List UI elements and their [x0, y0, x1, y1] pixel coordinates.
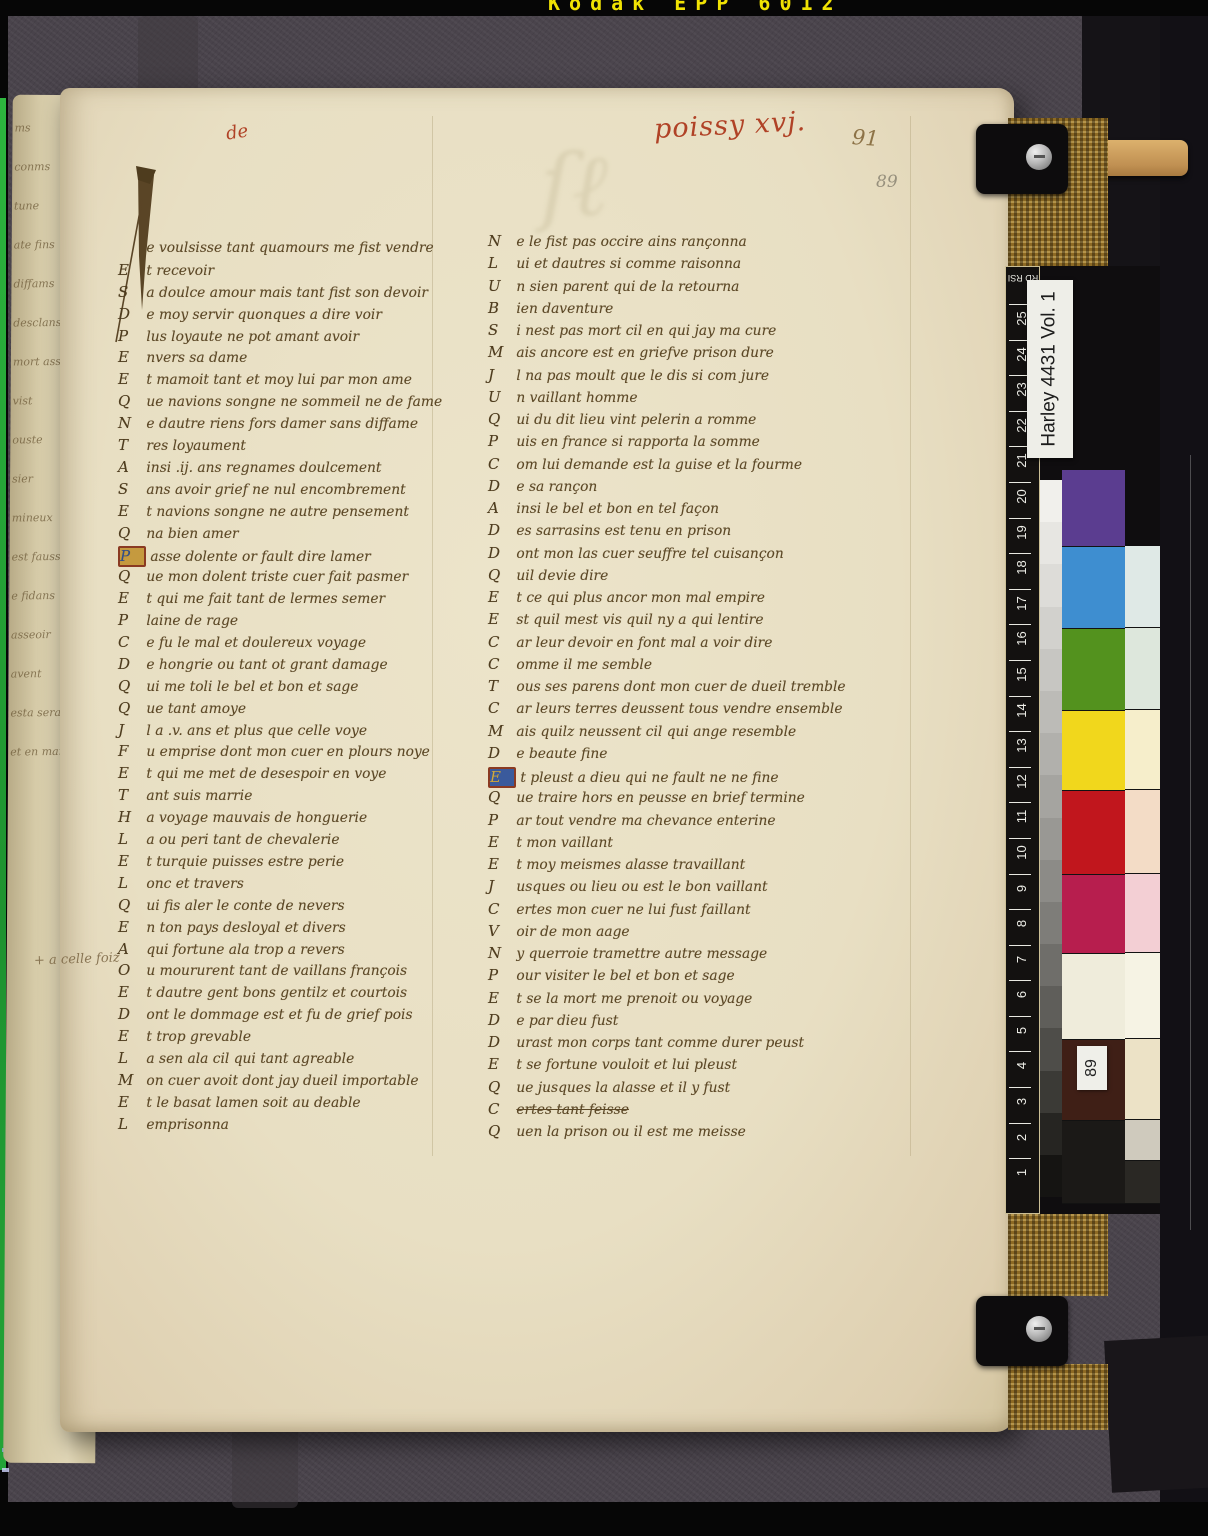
- ruler-number-cell: 12: [1005, 767, 1038, 803]
- verse-line: e voulsisse tant quamours me fist vendre: [118, 240, 442, 262]
- verse-line: J usques ou lieu ou est le bon vaillant: [488, 878, 846, 900]
- line-initial: E: [118, 503, 142, 520]
- line-initial: L: [118, 831, 142, 848]
- grey-step: [1040, 1155, 1062, 1197]
- line-initial: D: [488, 1012, 512, 1029]
- line-initial: Q: [488, 789, 512, 806]
- line-text: onc et travers: [146, 876, 243, 892]
- verse-line: P asse dolente or fault dire lamer: [118, 546, 442, 568]
- line-initial: D: [118, 656, 142, 673]
- grey-step: [1040, 733, 1062, 775]
- verse-line: A qui fortune ala trop a revers: [118, 941, 442, 963]
- line-text: uis en france si rapporta la somme: [516, 434, 759, 450]
- verse-line: S a doulce amour mais tant fist son devo…: [118, 284, 442, 306]
- line-text: t se fortune vouloit et lui pleust: [516, 1057, 737, 1073]
- ruler-number-cell: 16: [1005, 624, 1038, 660]
- grey-step: [1040, 691, 1062, 733]
- line-text: t pleust a dieu qui ne fault ne ne fine: [520, 770, 778, 786]
- folio-tag-sticker: 89: [1077, 1046, 1107, 1090]
- verse-line: D e sa rançon: [488, 478, 846, 500]
- verse-line: E t ce qui plus ancor mon mal empire: [488, 589, 846, 611]
- ruler-number-cell: 6: [1005, 980, 1038, 1016]
- verse-line: E t qui me fait tant de lermes semer: [118, 590, 442, 612]
- verse-line: P ar tout vendre ma chevance enterine: [488, 812, 846, 834]
- verse-line: N e le fist pas occire ains rançonna: [488, 233, 846, 255]
- gold-tooled-edge-bottom: [1008, 1364, 1108, 1430]
- line-text: y querroie tramettre autre message: [516, 946, 767, 962]
- line-initial: E: [488, 856, 512, 873]
- verse-line: T ant suis marrie: [118, 787, 442, 809]
- line-initial: U: [488, 389, 512, 406]
- line-text: ue mon dolent triste cuer fait pasmer: [146, 569, 408, 585]
- verse-line: P uis en france si rapporta la somme: [488, 433, 846, 455]
- ruler-number-cell: 11: [1005, 802, 1038, 838]
- line-initial: E: [488, 589, 512, 606]
- ruler-number: 11: [1014, 800, 1029, 833]
- line-text: ar tout vendre ma chevance enterine: [516, 813, 775, 829]
- line-initial: D: [488, 1034, 512, 1051]
- line-text: a sen ala cil qui tant agreable: [146, 1051, 354, 1067]
- verse-line: L a sen ala cil qui tant agreable: [118, 1050, 442, 1072]
- grey-step: [1040, 775, 1062, 817]
- color-patch: [1062, 629, 1125, 711]
- line-text: res loyaument: [146, 438, 246, 454]
- line-initial: Q: [488, 567, 512, 584]
- line-initial: P: [488, 433, 512, 450]
- line-text: qui fortune ala trop a revers: [146, 942, 344, 958]
- clamp-screw-slot: [1034, 1327, 1045, 1330]
- pastel-patch: [1125, 1161, 1160, 1204]
- line-initial: E: [488, 767, 516, 788]
- verse-line: C ertes tant feisse: [488, 1101, 846, 1123]
- line-initial: E: [118, 349, 142, 366]
- line-initial: Q: [488, 1079, 512, 1096]
- line-text: ais quilz neussent cil qui ange resemble: [516, 724, 796, 740]
- line-initial: E: [118, 590, 142, 607]
- ruler-number: 4: [1014, 1049, 1029, 1082]
- line-initial: S: [118, 284, 142, 301]
- film-edge-label: Kodak EPP 6012: [548, 0, 843, 15]
- ruler-number: 7: [1014, 943, 1029, 976]
- line-initial: N: [488, 233, 512, 250]
- grey-step: [1040, 986, 1062, 1028]
- greyscale-strip: [1040, 480, 1062, 1197]
- verse-line: E t navions songne ne autre pensement: [118, 503, 442, 525]
- verse-line: Q ue navions songne ne sommeil ne de fam…: [118, 393, 442, 415]
- film-scratch-line: [1190, 455, 1191, 1230]
- text-column-right: N e le fist pas occire ains rançonna L u…: [488, 233, 846, 1145]
- verse-line: C omme il me semble: [488, 656, 846, 678]
- verse-line: E t recevoir: [118, 262, 442, 284]
- line-initial: M: [118, 1072, 142, 1089]
- running-header-rubric: poissy xvj.: [653, 106, 807, 145]
- line-initial: M: [488, 723, 512, 740]
- ruler-number: 6: [1014, 978, 1029, 1011]
- line-text: ue tant amoye: [146, 701, 246, 717]
- line-initial: E: [488, 990, 512, 1007]
- line-initial: B: [488, 300, 512, 317]
- ruler-number-cell: 2: [1005, 1123, 1038, 1159]
- line-text: t se la mort me prenoit ou voyage: [516, 991, 752, 1007]
- ruler-number-cell: 9: [1005, 874, 1038, 910]
- line-initial: D: [488, 745, 512, 762]
- book-clamp-top: [976, 124, 1068, 194]
- line-text: insi le bel et bon en tel façon: [516, 501, 719, 517]
- verse-line: D ont le dommage est et fu de grief pois: [118, 1006, 442, 1028]
- line-text: t le basat lamen soit au deable: [146, 1095, 360, 1111]
- line-initial: H: [118, 809, 142, 826]
- pastel-patch: [1125, 1120, 1160, 1161]
- line-initial: M: [488, 344, 512, 361]
- ruler-number: 19: [1014, 516, 1029, 549]
- line-initial: D: [488, 478, 512, 495]
- line-initial: C: [488, 634, 512, 651]
- line-initial: Q: [488, 1123, 512, 1140]
- verse-line: D e beaute fine: [488, 745, 846, 767]
- cradle-strap-bottom: [232, 1424, 298, 1508]
- line-initial: C: [488, 656, 512, 673]
- line-initial: A: [118, 941, 142, 958]
- verse-line: C ertes mon cuer ne lui fust faillant: [488, 901, 846, 923]
- verse-line: E t se fortune vouloit et lui pleust: [488, 1056, 846, 1078]
- line-text: u moururent tant de vaillans françois: [146, 963, 407, 979]
- line-initial: J: [488, 367, 512, 384]
- line-initial: E: [118, 765, 142, 782]
- ruler-number-cell: 1: [1005, 1158, 1038, 1194]
- ruler-number: 18: [1014, 551, 1029, 584]
- verse-line: E st quil mest vis quil ny a qui lentire: [488, 611, 846, 633]
- verse-line: E t turquie puisses estre perie: [118, 853, 442, 875]
- ruler-number-cell: 13: [1005, 731, 1038, 767]
- verse-line: E t mamoit tant et moy lui par mon ame: [118, 371, 442, 393]
- verse-line: Q ue jusques la alasse et il y fust: [488, 1079, 846, 1101]
- line-text: na bien amer: [146, 526, 238, 542]
- line-text: lus loyaute ne pot amant avoir: [146, 329, 359, 345]
- line-text: om lui demande est la guise et la fourme: [516, 457, 802, 473]
- color-patch-column: [1062, 470, 1125, 1204]
- line-text: uen la prison ou il est me meisse: [516, 1124, 745, 1140]
- ruler-number-cell: 18: [1005, 553, 1038, 589]
- line-text: insi .ij. ans regnames doulcement: [146, 460, 381, 476]
- verse-line: D e moy servir quonques a dire voir: [118, 306, 442, 328]
- gold-tooled-edge-middle: [1008, 1212, 1108, 1296]
- book-cover-bottom-right: [1104, 1335, 1208, 1493]
- verse-line: E t mon vaillant: [488, 834, 846, 856]
- ruler-number-cell: 4: [1005, 1051, 1038, 1087]
- line-initial: E: [488, 611, 512, 628]
- verse-line: C om lui demande est la guise et la four…: [488, 456, 846, 478]
- line-initial: E: [118, 919, 142, 936]
- line-initial: A: [118, 459, 142, 476]
- verse-line: J l a .v. ans et plus que celle voye: [118, 722, 442, 744]
- ruler-number-cell: 5: [1005, 1016, 1038, 1052]
- line-text: ont mon las cuer seuffre tel cuisançon: [516, 546, 783, 562]
- line-text: ui fis aler le conte de nevers: [146, 898, 344, 914]
- line-initial: N: [118, 415, 142, 432]
- verse-line: Q ue mon dolent triste cuer fait pasmer: [118, 568, 442, 590]
- ruler-number-cell: 3: [1005, 1087, 1038, 1123]
- verse-line: E n ton pays desloyal et divers: [118, 919, 442, 941]
- line-initial: D: [118, 1006, 142, 1023]
- line-text: emprisonna: [146, 1117, 228, 1133]
- line-initial: Q: [118, 393, 142, 410]
- line-initial: Q: [118, 525, 142, 542]
- line-initial: J: [488, 878, 512, 895]
- verse-line: M ais quilz neussent cil qui ange resemb…: [488, 723, 846, 745]
- ruler-number: 15: [1014, 658, 1029, 691]
- pastel-patch: [1125, 790, 1160, 874]
- ruler-number-cell: 17: [1005, 589, 1038, 625]
- grey-step: [1040, 522, 1062, 564]
- line-text: e fu le mal et doulereux voyage: [146, 635, 366, 651]
- verse-line: L emprisonna: [118, 1116, 442, 1138]
- line-text: ertes tant feisse: [516, 1102, 629, 1118]
- color-patch: [1062, 547, 1125, 629]
- line-initial: E: [118, 262, 142, 279]
- line-initial: P: [488, 967, 512, 984]
- verse-line: D es sarrasins est tenu en prison: [488, 522, 846, 544]
- verse-line: A insi .ij. ans regnames doulcement: [118, 459, 442, 481]
- line-initial: C: [488, 456, 512, 473]
- line-text: uil devie dire: [516, 568, 608, 584]
- line-initial: E: [488, 834, 512, 851]
- line-initial: V: [488, 923, 512, 940]
- verse-line: D e hongrie ou tant ot grant damage: [118, 656, 442, 678]
- line-initial: E: [118, 1028, 142, 1045]
- color-patch: [1062, 954, 1125, 1040]
- line-initial: C: [488, 901, 512, 918]
- ruler-number: 10: [1014, 836, 1029, 869]
- grey-step: [1040, 607, 1062, 649]
- line-initial: E: [488, 1056, 512, 1073]
- verse-line: N y querroie tramettre autre message: [488, 945, 846, 967]
- line-text: laine de rage: [146, 613, 238, 629]
- line-text: n vaillant homme: [516, 390, 637, 406]
- line-initial: C: [488, 1101, 512, 1118]
- verse-line: D urast mon corps tant comme durer peust: [488, 1034, 846, 1056]
- line-initial: E: [118, 371, 142, 388]
- line-initial: D: [488, 545, 512, 562]
- ruler-number: 3: [1014, 1085, 1029, 1118]
- film-edge-mark: [2, 1468, 9, 1472]
- manuscript-page: ſℓ de poissy xvj. 91 89 + a celle foiz e…: [60, 88, 1014, 1432]
- grey-step: [1040, 818, 1062, 860]
- verse-line: E t se la mort me prenoit ou voyage: [488, 990, 846, 1012]
- line-text: t recevoir: [146, 263, 214, 279]
- ruler-number: 8: [1014, 907, 1029, 940]
- line-text: our visiter le bel et bon et sage: [516, 968, 734, 984]
- line-text: ans avoir grief ne nul encombrement: [146, 482, 405, 498]
- color-patch: [1062, 711, 1125, 791]
- verse-line: E t trop grevable: [118, 1028, 442, 1050]
- color-patch: [1062, 470, 1125, 547]
- verse-line: D e par dieu fust: [488, 1012, 846, 1034]
- verse-line: J l na pas moult que le dis si com jure: [488, 367, 846, 389]
- verse-line: A insi le bel et bon en tel façon: [488, 500, 846, 522]
- line-text: ous ses parens dont mon cuer de dueil tr…: [516, 679, 845, 695]
- ruler-number: 20: [1014, 480, 1029, 513]
- shelfmark-label: Harley 4431 Vol. 1: [1027, 280, 1073, 458]
- verse-line: P lus loyaute ne pot amant avoir: [118, 328, 442, 350]
- line-initial: Q: [118, 700, 142, 717]
- line-initial: D: [488, 522, 512, 539]
- ruler-number: 2: [1014, 1121, 1029, 1154]
- line-initial: P: [118, 612, 142, 629]
- line-text: st quil mest vis quil ny a qui lentire: [516, 612, 763, 628]
- pastel-patch: [1125, 710, 1160, 790]
- line-text: i nest pas mort cil en qui jay ma cure: [516, 323, 776, 339]
- verse-line: Q ue traire hors en peusse en brief term…: [488, 789, 846, 811]
- verse-line: F u emprise dont mon cuer en plours noye: [118, 743, 442, 765]
- line-text: ertes mon cuer ne lui fust faillant: [516, 902, 750, 918]
- pastel-patch: [1125, 628, 1160, 710]
- ruler-number-cell: 14: [1005, 696, 1038, 732]
- verse-line: Q ue tant amoye: [118, 700, 442, 722]
- ruler-number-cell: 20: [1005, 482, 1038, 518]
- verse-line: B ien daventure: [488, 300, 846, 322]
- line-text: nvers sa dame: [146, 350, 247, 366]
- line-text: e le fist pas occire ains rançonna: [516, 234, 746, 250]
- verse-line: E t qui me met de desespoir en voye: [118, 765, 442, 787]
- line-initial: Q: [488, 411, 512, 428]
- verse-line: Q ui fis aler le conte de nevers: [118, 897, 442, 919]
- verse-line: S i nest pas mort cil en qui jay ma cure: [488, 322, 846, 344]
- line-text: a doulce amour mais tant fist son devoir: [146, 285, 428, 301]
- verse-line: U n sien parent qui de la retourna: [488, 278, 846, 300]
- folio-tag-text: 89: [1083, 1059, 1101, 1077]
- line-initial: P: [118, 328, 142, 345]
- verse-line: Q uil devie dire: [488, 567, 846, 589]
- line-initial: P: [118, 546, 146, 567]
- shelfmark-text: Harley 4431 Vol. 1: [1039, 291, 1061, 446]
- line-text: l a .v. ans et plus que celle voye: [146, 723, 367, 739]
- verse-line: T res loyaument: [118, 437, 442, 459]
- line-text: t qui me fait tant de lermes semer: [146, 591, 385, 607]
- verse-line: C e fu le mal et doulereux voyage: [118, 634, 442, 656]
- ruler-number-cell: 7: [1005, 945, 1038, 981]
- line-text: ais ancore est en griefve prison dure: [516, 345, 773, 361]
- line-initial: S: [118, 481, 142, 498]
- text-column-left: e voulsisse tant quamours me fist vendre…: [118, 240, 442, 1138]
- margin-annotation: + a celle foiz: [34, 951, 120, 969]
- verse-line: C ar leurs terres deussent tous vendre e…: [488, 700, 846, 722]
- line-initial: S: [488, 322, 512, 339]
- line-text: a voyage mauvais de honguerie: [146, 810, 367, 826]
- verse-line: N e dautre riens fors damer sans diffame: [118, 415, 442, 437]
- verse-line: L ui et dautres si comme raisonna: [488, 255, 846, 277]
- book-cover-right: [1160, 16, 1208, 1502]
- line-text: t mon vaillant: [516, 835, 613, 851]
- line-initial: Q: [118, 568, 142, 585]
- line-text: ien daventure: [516, 301, 613, 317]
- line-text: t navions songne ne autre pensement: [146, 504, 409, 520]
- line-initial: F: [118, 743, 142, 760]
- line-text: omme il me semble: [516, 657, 652, 673]
- verse-line: P laine de rage: [118, 612, 442, 634]
- ruler-number: 5: [1014, 1014, 1029, 1047]
- line-initial: Q: [118, 897, 142, 914]
- line-text: usques ou lieu ou est le bon vaillant: [516, 879, 767, 895]
- line-text: n ton pays desloyal et divers: [146, 920, 345, 936]
- red-quire-mark: de: [224, 120, 249, 144]
- line-text: urast mon corps tant comme durer peust: [516, 1035, 804, 1051]
- verse-line: D ont mon las cuer seuffre tel cuisançon: [488, 545, 846, 567]
- book-clamp-bottom: [976, 1296, 1068, 1366]
- pastel-patch: [1125, 546, 1160, 628]
- line-text: e hongrie ou tant ot grant damage: [146, 657, 387, 673]
- verse-line: Q ui me toli le bel et bon et sage: [118, 678, 442, 700]
- ruler-number-cell: 15: [1005, 660, 1038, 696]
- verse-line: O u moururent tant de vaillans françois: [118, 962, 442, 984]
- manuscript-photograph: Kodak EPP 6012 msconmstuneate finsdiffam…: [0, 0, 1208, 1536]
- line-text: e moy servir quonques a dire voir: [146, 307, 382, 323]
- color-patch: [1062, 1121, 1125, 1204]
- line-text: ont le dommage est et fu de grief pois: [146, 1007, 412, 1023]
- ruler-number: 12: [1014, 765, 1029, 798]
- line-text: t turquie puisses estre perie: [146, 854, 344, 870]
- verse-line: E t moy meismes alasse travaillant: [488, 856, 846, 878]
- line-text: e sa rançon: [516, 479, 597, 495]
- line-text: t ce qui plus ancor mon mal empire: [516, 590, 764, 606]
- color-patch: [1062, 791, 1125, 875]
- ruler-number-cell: 8: [1005, 909, 1038, 945]
- verse-line: E t pleust a dieu qui ne fault ne ne fin…: [488, 767, 846, 789]
- verse-line: V oir de mon aage: [488, 923, 846, 945]
- verse-line: M on cuer avoit dont jay dueil importabl…: [118, 1072, 442, 1094]
- line-text: ui du dit lieu vint pelerin a romme: [516, 412, 756, 428]
- verse-line: E t dautre gent bons gentilz et courtois: [118, 984, 442, 1006]
- verse-line: L a ou peri tant de chevalerie: [118, 831, 442, 853]
- line-text: oir de mon aage: [516, 924, 629, 940]
- verse-line: Q na bien amer: [118, 525, 442, 547]
- ruling-guide-line: [910, 116, 911, 1156]
- grey-step: [1040, 860, 1062, 902]
- ruler-number: 14: [1014, 694, 1029, 727]
- line-initial: P: [488, 812, 512, 829]
- line-text: on cuer avoit dont jay dueil importable: [146, 1073, 418, 1089]
- line-initial: D: [118, 306, 142, 323]
- line-initial: N: [488, 945, 512, 962]
- ruler-number: 13: [1014, 729, 1029, 762]
- line-text: l na pas moult que le dis si com jure: [516, 368, 769, 384]
- verse-line: E nvers sa dame: [118, 349, 442, 371]
- folio-number-pencil: 89: [876, 172, 898, 192]
- ruler-number: 16: [1014, 622, 1029, 655]
- grey-step: [1040, 1113, 1062, 1155]
- line-initial: T: [488, 678, 512, 695]
- line-text: es sarrasins est tenu en prison: [516, 523, 731, 539]
- pastel-patch: [1125, 953, 1160, 1039]
- clamp-screw-slot: [1034, 155, 1045, 158]
- line-text: t dautre gent bons gentilz et courtois: [146, 985, 407, 1001]
- color-patch: [1062, 875, 1125, 954]
- line-text: t mamoit tant et moy lui par mon ame: [146, 372, 412, 388]
- line-initial: Q: [118, 678, 142, 695]
- line-initial: J: [118, 722, 142, 739]
- grey-step: [1040, 1028, 1062, 1070]
- line-text: asse dolente or fault dire lamer: [150, 549, 370, 565]
- line-text: e voulsisse tant quamours me fist vendre: [146, 240, 433, 256]
- line-initial: C: [118, 634, 142, 651]
- ruler-number: 1: [1014, 1156, 1029, 1189]
- grey-step: [1040, 564, 1062, 606]
- line-initial: E: [118, 984, 142, 1001]
- ruler-number: 9: [1014, 872, 1029, 905]
- line-initial: L: [118, 1116, 142, 1133]
- line-initial: U: [488, 278, 512, 295]
- verse-line: Q ui du dit lieu vint pelerin a romme: [488, 411, 846, 433]
- verse-line: P our visiter le bel et bon et sage: [488, 967, 846, 989]
